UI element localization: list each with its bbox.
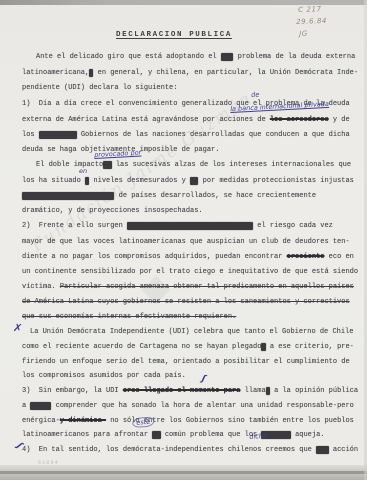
typed-text: 2) Frente a ello surgen — [22, 222, 127, 230]
struck-text: Particular acogida amenaza obtener tal p… — [60, 283, 354, 291]
typed-line: los compromisos asumidos por cada país. — [22, 372, 186, 381]
typed-line: los xxxxxxxxx Gobiernos de las naciones … — [22, 131, 350, 140]
typed-line: externa de América Latina está agravándo… — [22, 116, 350, 125]
typed-text: latinoamericana, — [22, 69, 89, 77]
archive-number: 61004 — [38, 460, 59, 466]
struckover-text: creciente — [287, 253, 325, 261]
typed-line: que sus economías internas efectivamente… — [22, 313, 236, 322]
pencil-initials: JG — [299, 30, 308, 38]
typed-text: el riesgo cada vez — [253, 222, 333, 230]
typed-text: víctima. — [22, 283, 60, 291]
typed-line: pendiente (UDI) declara lo siguiente: — [22, 84, 177, 93]
struckover-text: cree llegado el momento para — [123, 387, 241, 395]
obliterated-text: xxxxxxxxxxxxxxxxxxxxxx — [22, 192, 114, 200]
typed-text: como el reciente acuerdo de Cartagena no… — [22, 343, 261, 351]
typed-line: 2) Frente a ello surgen xxxxxxxxxxxxxxxx… — [22, 222, 333, 231]
typed-text: los ha situado — [22, 177, 85, 185]
typed-text: los — [22, 131, 39, 139]
typed-text: un continente sensibilizado por el trato… — [22, 268, 358, 276]
typed-text: Gobiernos de las naciones desarrolladas … — [77, 131, 350, 139]
typed-line: un continente sensibilizado por el trato… — [22, 268, 358, 277]
struckover-text: y dinámica- — [60, 417, 106, 425]
typed-text: acción — [329, 446, 358, 454]
typed-text: externa de América Latina está agravándo… — [22, 116, 270, 124]
typed-line: Ante el delicado giro que está adoptando… — [36, 53, 355, 62]
ink-insert-de: de — [251, 90, 260, 99]
typed-line: los ha situado x niveles desmesurados y … — [22, 177, 354, 186]
obliterated-text: xxxxxxxxx — [39, 131, 77, 139]
typed-text: mayor de que las voces latinoamericanas … — [22, 238, 350, 246]
typed-text: por medidas proteccionistas injustas — [198, 177, 353, 185]
typed-line: como el reciente acuerdo de Cartagena no… — [22, 343, 354, 352]
typed-text: llama — [240, 387, 265, 395]
ink-insert-en: en — [79, 167, 87, 175]
ink-provocado: provocado por — [94, 149, 141, 159]
typed-line: firiendo un enfoque serio del tema, orie… — [22, 358, 350, 367]
typed-text: 3) Sin embargo, la UDI — [22, 387, 123, 395]
scan-edge-bottom-outer — [0, 474, 367, 480]
typed-line: latinoamericanos para afrontar xx común … — [22, 431, 324, 440]
struck-text: de América Latina cuyos gobiernos se res… — [22, 298, 350, 306]
typed-line: diente a no pagar los compromisos adquir… — [22, 253, 354, 262]
typed-line: dramático, y de proyecciones insospechad… — [22, 207, 203, 216]
typed-text: y de — [329, 116, 350, 124]
typed-text: aqueja. — [291, 431, 325, 439]
typed-line: de América Latina cuyos gobiernos se res… — [22, 298, 350, 307]
typed-line: mayor de que las voces latinoamericanas … — [22, 238, 350, 247]
typed-text: de países desarrollados, se hace crecien… — [114, 192, 316, 200]
pencil-code: C 217 — [298, 5, 322, 14]
typed-text: a ese criterio, pre- — [266, 343, 354, 351]
typed-text: diente a no pagar los compromisos adquir… — [22, 253, 287, 261]
typed-line: 3) Sin embargo, la UDI cree llegado el m… — [22, 387, 358, 396]
typed-text: los compromisos asumidos por cada país. — [22, 372, 186, 380]
typed-text: problema de la deuda externa — [233, 53, 355, 61]
typed-text: Ante el delicado giro que está adoptando… — [36, 53, 221, 61]
document-title: DECLARACION PUBLICA — [116, 31, 232, 39]
obliterated-text: xxxxxxxxxxxxxxxxxxxxxxxxxxxxxx — [127, 222, 253, 230]
obliterated-text: xx — [152, 431, 160, 439]
obliterated-text: xxx — [316, 446, 329, 454]
typed-text: comprender que ha sonado la hora de alen… — [51, 402, 353, 410]
scan-edge-top — [0, 0, 367, 5]
typed-line: víctima. Particular acogida amenaza obte… — [22, 283, 354, 292]
typed-text: eco en — [324, 253, 353, 261]
typed-text: enérgica- — [22, 417, 60, 425]
ink-margin-x: ✗ — [12, 321, 23, 335]
typed-text: común problema que los — [161, 431, 262, 439]
typed-line: 4) En tal sentido, los demócrata-indepen… — [22, 446, 358, 455]
struck-text: que sus economías internas efectivamente… — [22, 313, 236, 321]
typed-line: a xxxxx comprender que ha sonado la hora… — [22, 402, 354, 411]
typed-text: La Unión Demócrata Independiente (UDI) c… — [30, 328, 353, 336]
typed-text: dramático, y de proyecciones insospechad… — [22, 207, 203, 215]
typed-text: a la opinión pública — [270, 387, 358, 395]
ink-caret-mark: ʃ — [201, 374, 207, 385]
scanned-document-page: Fundación Jaime Guzmán DECLARACION PUBLI… — [0, 0, 367, 480]
typed-text: pendiente (UDI) declara lo siguiente: — [22, 84, 177, 92]
pencil-date: 29.6.84 — [296, 17, 327, 26]
typed-line: latinoamericana,x en general, y chilena,… — [22, 69, 358, 78]
typed-text: 4) En tal sentido, los demócrata-indepen… — [22, 446, 316, 454]
ink-insert-este: este — [132, 416, 155, 428]
ink-insert-dicha: dicha — [249, 431, 267, 441]
typed-text: las sucesivas alzas de los intereses int… — [112, 161, 351, 169]
typed-line: enérgica-y dinámica- no sólo entre los G… — [22, 417, 354, 426]
obliterated-text: xxx — [221, 53, 234, 61]
typed-text: en general, y chilena, en particular, la… — [93, 69, 358, 77]
obliterated-text: xx — [103, 161, 111, 169]
typed-line: xxxxxxxxxxxxxxxxxxxxxx de países desarro… — [22, 192, 316, 201]
typed-text: firiendo un enfoque serio del tema, orie… — [22, 358, 350, 366]
obliterated-text: xxxxx — [30, 402, 51, 410]
struckover-text: los acreedores — [270, 116, 329, 124]
typed-text: niveles desmesurados y — [89, 177, 190, 185]
typed-text: latinoamericanos para afrontar — [22, 431, 152, 439]
typed-text: El doble impacto — [36, 161, 103, 169]
typed-line: La Unión Demócrata Independiente (UDI) c… — [30, 328, 353, 337]
